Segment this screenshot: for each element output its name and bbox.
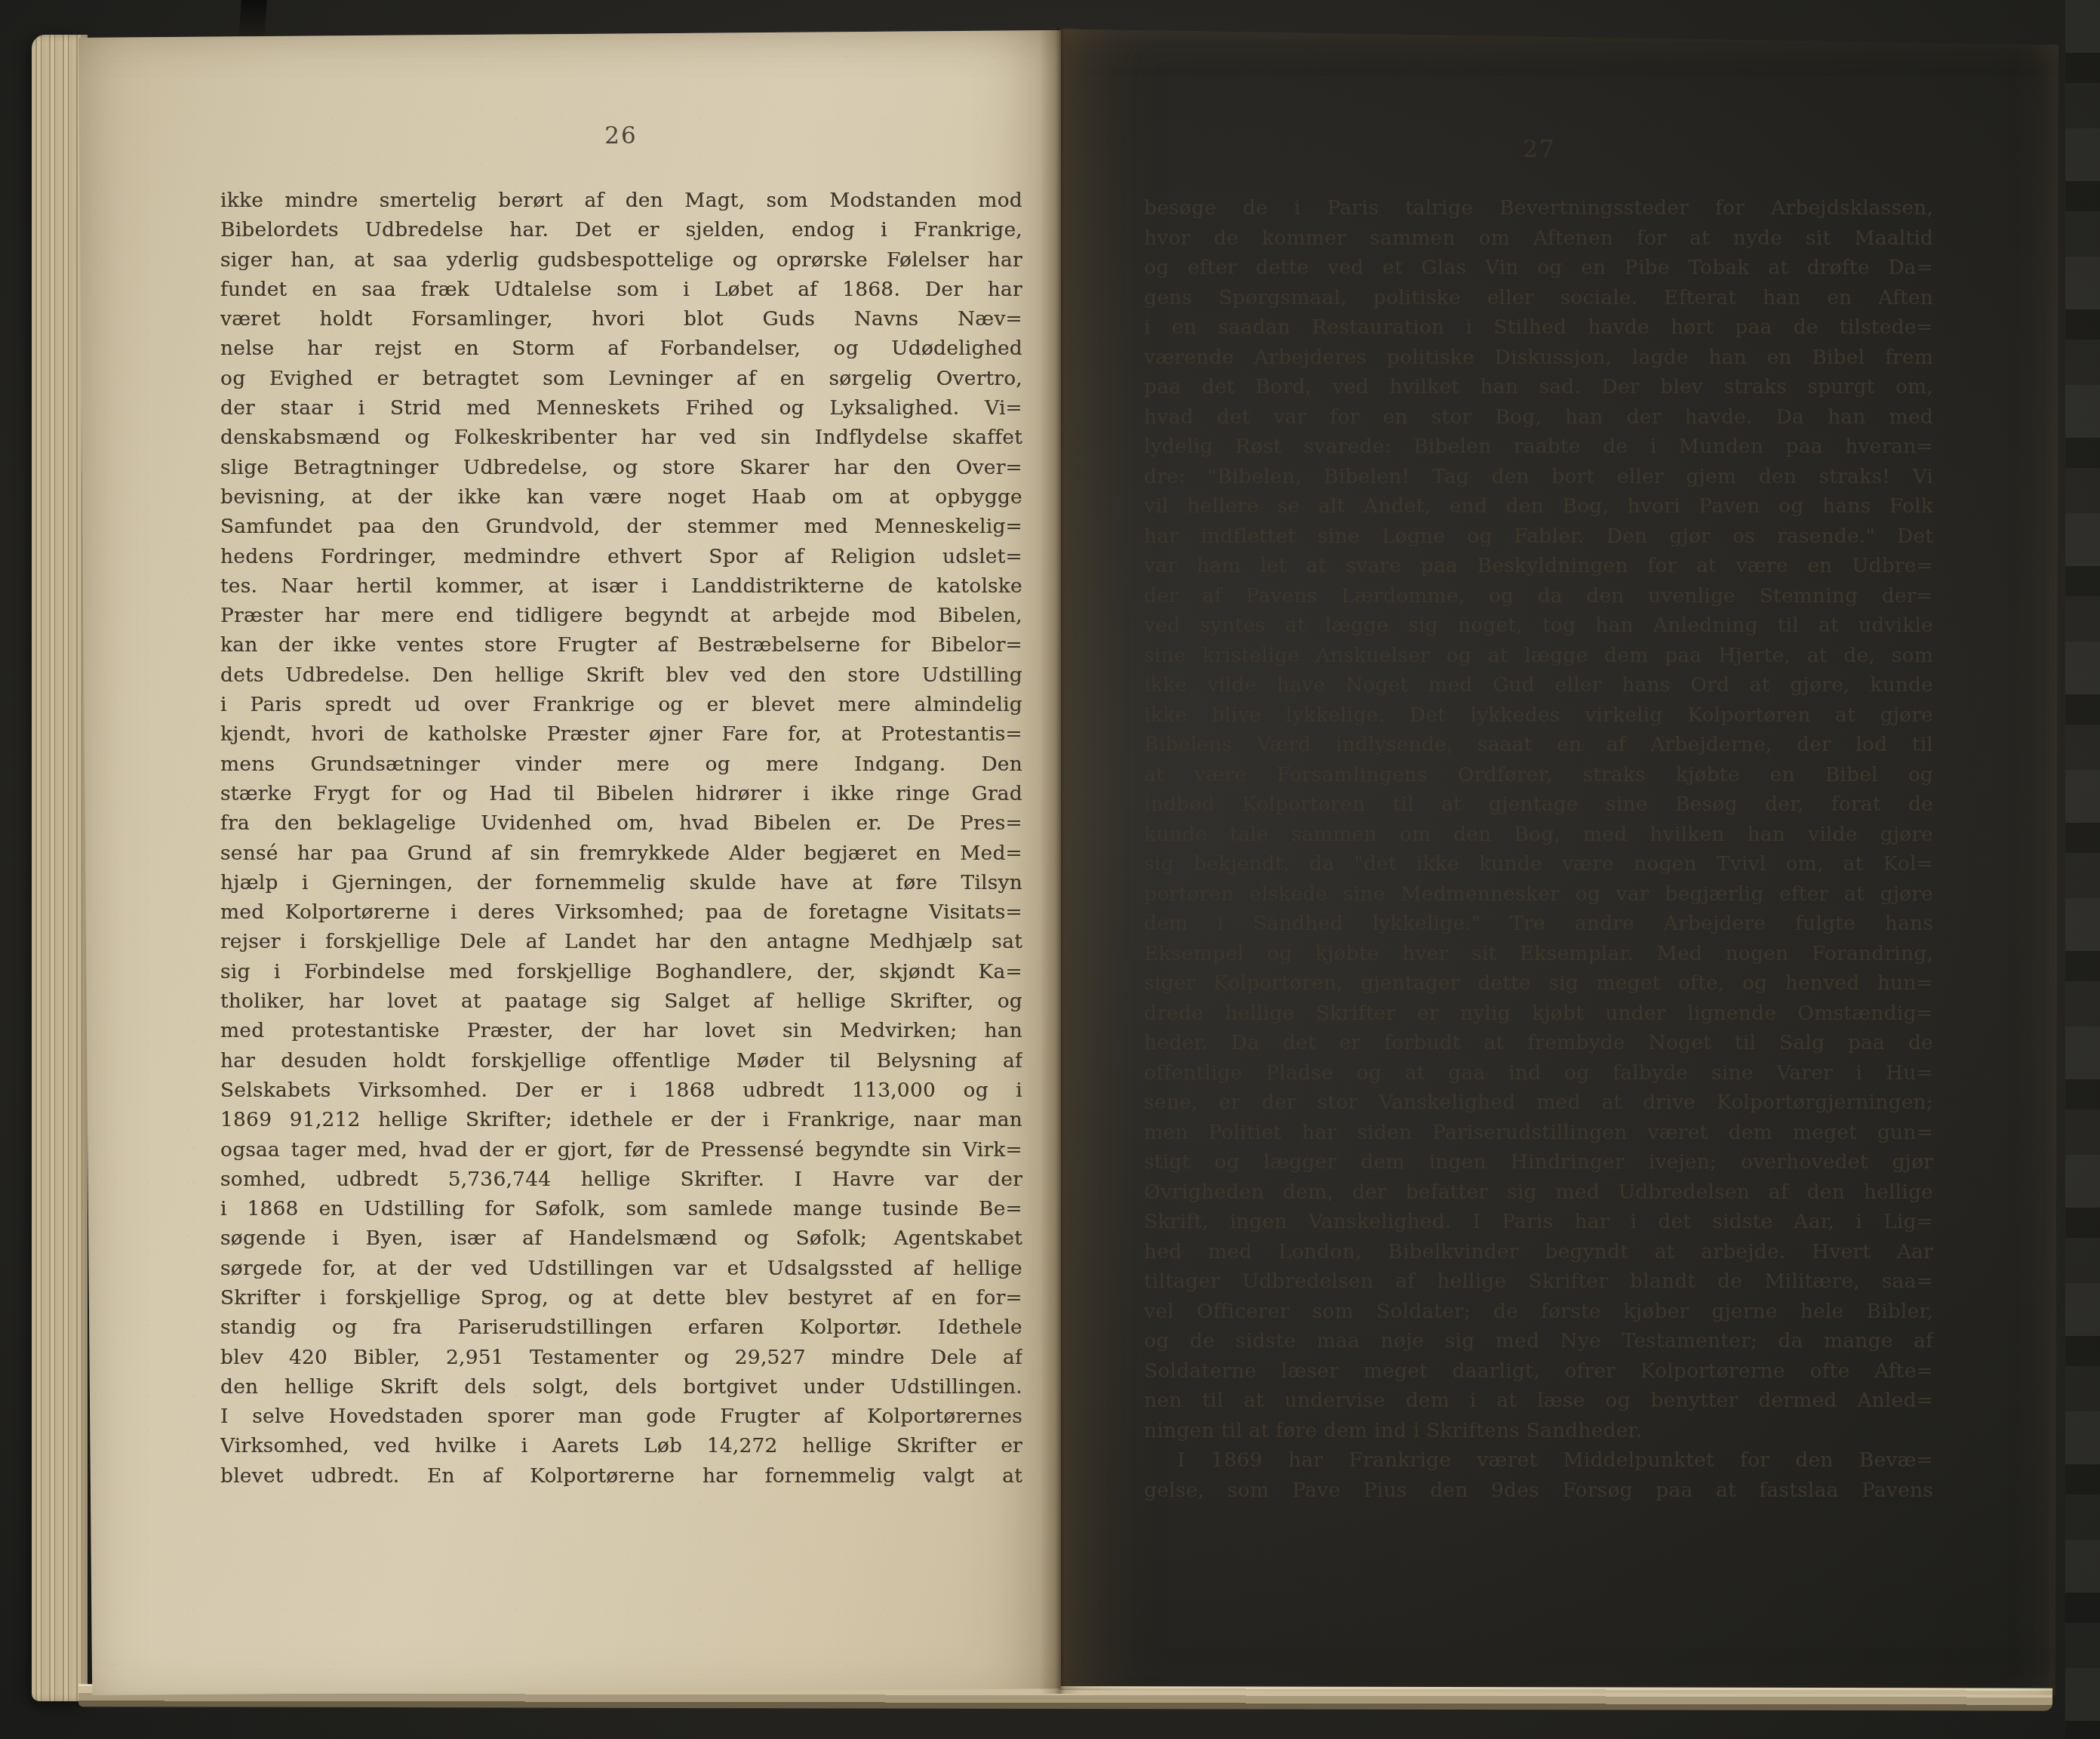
- text-line: den hellige Skrift dels solgt, dels bort…: [220, 1372, 1022, 1402]
- left-page-edge-stack: [32, 35, 88, 1701]
- text-line: dre: "Bibelen, Bibelen! Tag den bort ell…: [1144, 462, 1933, 492]
- text-line: søgende i Byen, især af Handelsmænd og S…: [220, 1223, 1022, 1253]
- text-line: i 1868 en Udstilling for Søfolk, som sam…: [220, 1194, 1022, 1223]
- text-line: og efter dette ved et Glas Vin og en Pib…: [1144, 253, 1933, 283]
- text-line: sig i Forbindelse med forskjellige Bogha…: [220, 957, 1022, 986]
- text-line: I selve Hovedstaden sporer man gode Frug…: [220, 1402, 1022, 1431]
- text-line: nelse har rejst en Storm af Forbandelser…: [220, 334, 1022, 363]
- text-line: Skrift, ingen Vanskelighed. I Paris har …: [1144, 1207, 1933, 1237]
- text-line: ikke vilde have Noget med Gud eller hans…: [1144, 670, 1933, 700]
- text-line: vel Officerer som Soldater; de første kj…: [1144, 1297, 1933, 1327]
- text-line: blev 420 Bibler, 2,951 Testamenter og 29…: [220, 1343, 1022, 1372]
- text-line: stærke Frygt for og Had til Bibelen hidr…: [220, 779, 1022, 808]
- text-line: i en saadan Restauration i Stilhed havde…: [1144, 312, 1933, 343]
- text-line: vil hellere se alt Andet, end den Bog, h…: [1144, 491, 1933, 522]
- text-line: denskabsmænd og Folkeskribenter har ved …: [220, 423, 1022, 452]
- text-line: portøren elskede sine Medmennesker og va…: [1144, 879, 1933, 910]
- text-line: kjendt, hvori de katholske Præster øjner…: [220, 719, 1022, 749]
- text-line: hjælp i Gjerningen, der fornemmelig skul…: [220, 868, 1022, 897]
- text-line: kunde tale sammen om den Bog, med hvilke…: [1144, 820, 1933, 850]
- text-line: sig bekjendt, da "det ikke kunde være no…: [1144, 849, 1933, 879]
- text-line: der staar i Strid med Menneskets Frihed …: [220, 393, 1022, 423]
- text-line: fra den beklagelige Uvidenhed om, hvad B…: [220, 808, 1022, 838]
- page-number-left: 26: [598, 122, 644, 149]
- text-line: Øvrigheden dem, der befatter sig med Udb…: [1144, 1177, 1933, 1208]
- text-line: Samfundet paa den Grundvold, der stemmer…: [220, 512, 1022, 541]
- text-line: sørgede for, at der ved Udstillingen var…: [220, 1254, 1022, 1283]
- text-line: Eksempel og kjøbte hver sit Eksemplar. M…: [1144, 939, 1933, 969]
- text-line: stigt og lægger dem ingen Hindringer ive…: [1144, 1147, 1933, 1177]
- text-line: dets Udbredelse. Den hellige Skrift blev…: [220, 660, 1022, 690]
- text-line: ikke mindre smertelig berørt af den Magt…: [220, 186, 1022, 215]
- page-number-right: 27: [1517, 136, 1562, 163]
- text-line: offentlige Pladse og at gaa ind og falby…: [1144, 1058, 1933, 1088]
- text-line: tiltager Udbredelsen af hellige Skrifter…: [1144, 1267, 1933, 1297]
- text-line: har indflettet sine Løgne og Fabler. Den…: [1144, 522, 1933, 552]
- text-line: Virksomhed, ved hvilke i Aarets Løb 14,2…: [220, 1431, 1022, 1460]
- photo-background: 26 27 ikke mindre smertelig berørt af de…: [0, 0, 2100, 1739]
- text-line: har desuden holdt forskjellige offentlig…: [220, 1046, 1022, 1076]
- text-line: Selskabets Virksomhed. Der er i 1868 udb…: [220, 1076, 1022, 1105]
- text-line: dem i Sandhed lykkelige." Tre andre Arbe…: [1144, 909, 1933, 939]
- text-line: Præster har mere end tidligere begyndt a…: [220, 601, 1022, 630]
- background-notch: [238, 0, 267, 39]
- text-line: blevet udbredt. En af Kolportørerne har …: [220, 1461, 1022, 1491]
- text-line: og de sidste maa nøje sig med Nye Testam…: [1144, 1326, 1933, 1356]
- text-line: heder. Da det er forbudt at frembyde Nog…: [1144, 1028, 1933, 1058]
- text-line: besøge de i Paris talrige Bevertningsste…: [1144, 193, 1933, 223]
- text-line: ogsaa tager med, hvad der er gjort, før …: [220, 1135, 1022, 1165]
- text-line: ved syntes at lægge sig noget, tog han A…: [1144, 611, 1933, 641]
- text-line: sine kristelige Anskuelser og at lægge d…: [1144, 641, 1933, 671]
- text-line: 1869 91,212 hellige Skrifter; idethele e…: [220, 1105, 1022, 1134]
- text-line: ikke blive lykkelige. Det lykkedes virke…: [1144, 700, 1933, 731]
- text-line: bevisning, at der ikke kan være noget Ha…: [220, 482, 1022, 512]
- text-line: hvad det var for en stor Bog, han der ha…: [1144, 402, 1933, 432]
- text-line: men Politiet har siden Pariserudstilling…: [1144, 1118, 1933, 1148]
- text-line: Skrifter i forskjellige Sprog, og at det…: [220, 1283, 1022, 1313]
- text-line: tholiker, har lovet at paatage sig Salge…: [220, 986, 1022, 1016]
- text-line: hvor de kommer sammen om Aftenen for at …: [1144, 223, 1933, 254]
- text-line: at være Forsamlingens Ordfører, straks k…: [1144, 760, 1933, 790]
- text-line: med protestantiske Præster, der har love…: [220, 1016, 1022, 1045]
- text-line: Soldaterne læser meget daarligt, ofrer K…: [1144, 1356, 1933, 1387]
- text-line: lydelig Røst svarede: Bibelen raabte de …: [1144, 432, 1933, 462]
- right-page-text: besøge de i Paris talrige Bevertningsste…: [1144, 193, 1933, 1505]
- text-line: var ham let at svare paa Beskyldningen f…: [1144, 551, 1933, 581]
- text-line: I 1869 har Frankrige været Middelpunktet…: [1144, 1445, 1933, 1476]
- text-line: der af Pavens Lærdomme, og da den uvenli…: [1144, 581, 1933, 611]
- text-line: fundet en saa fræk Udtalelse som i Løbet…: [220, 275, 1022, 304]
- text-line: sensé har paa Grund af sin fremrykkede A…: [220, 839, 1022, 868]
- text-line: tes. Naar hertil kommer, at især i Landd…: [220, 571, 1022, 601]
- text-line: sene, er der stor Vanskelighed med at dr…: [1144, 1088, 1933, 1118]
- text-line: ningen til at føre dem ind i Skriftens S…: [1144, 1416, 1933, 1446]
- text-line: Bibelordets Udbredelse har. Det er sjeld…: [220, 215, 1022, 245]
- text-line: slige Betragtninger Udbredelse, og store…: [220, 453, 1022, 482]
- text-line: siger han, at saa yderlig gudsbespotteli…: [220, 245, 1022, 275]
- text-line: og Evighed er betragtet som Levninger af…: [220, 364, 1022, 393]
- text-line: været holdt Forsamlinger, hvori blot Gud…: [220, 304, 1022, 334]
- text-line: hedens Fordringer, medmindre ethvert Spo…: [220, 542, 1022, 571]
- text-line: hed med London, Bibelkvinder begyndt at …: [1144, 1237, 1933, 1267]
- text-line: værende Arbejderes politiske Diskussjon,…: [1144, 343, 1933, 373]
- text-line: siger Kolportøren, gjentager dette sig m…: [1144, 968, 1933, 999]
- text-line: gelse, som Pave Pius den 9des Forsøg paa…: [1144, 1476, 1933, 1506]
- text-line: somhed, udbredt 5,736,744 hellige Skrift…: [220, 1165, 1022, 1194]
- text-line: drede hellige Skrifter er nylig kjøbt un…: [1144, 999, 1933, 1029]
- text-line: nen til at undervise dem i at læse og be…: [1144, 1386, 1933, 1416]
- text-line: rejser i forskjellige Dele af Landet har…: [220, 927, 1022, 956]
- text-line: paa det Bord, ved hvilket han sad. Der b…: [1144, 372, 1933, 402]
- text-line: i Paris spredt ud over Frankrige og er b…: [220, 690, 1022, 719]
- text-line: mens Grundsætninger vinder mere og mere …: [220, 749, 1022, 779]
- left-page-text: ikke mindre smertelig berørt af den Magt…: [220, 186, 1022, 1491]
- text-line: kan der ikke ventes store Frugter af Bes…: [220, 630, 1022, 660]
- scan-streaks: [2065, 0, 2100, 1739]
- text-line: med Kolportørerne i deres Virksomhed; pa…: [220, 897, 1022, 927]
- text-line: Bibelens Værd indlysende, saaat en af Ar…: [1144, 730, 1933, 760]
- book-gutter-shadow: [1040, 27, 1079, 1694]
- text-line: standig og fra Pariserudstillingen erfar…: [220, 1313, 1022, 1342]
- text-line: indbød Kolportøren til at gjentage sine …: [1144, 789, 1933, 820]
- text-line: gens Spørgsmaal, politiske eller sociale…: [1144, 283, 1933, 313]
